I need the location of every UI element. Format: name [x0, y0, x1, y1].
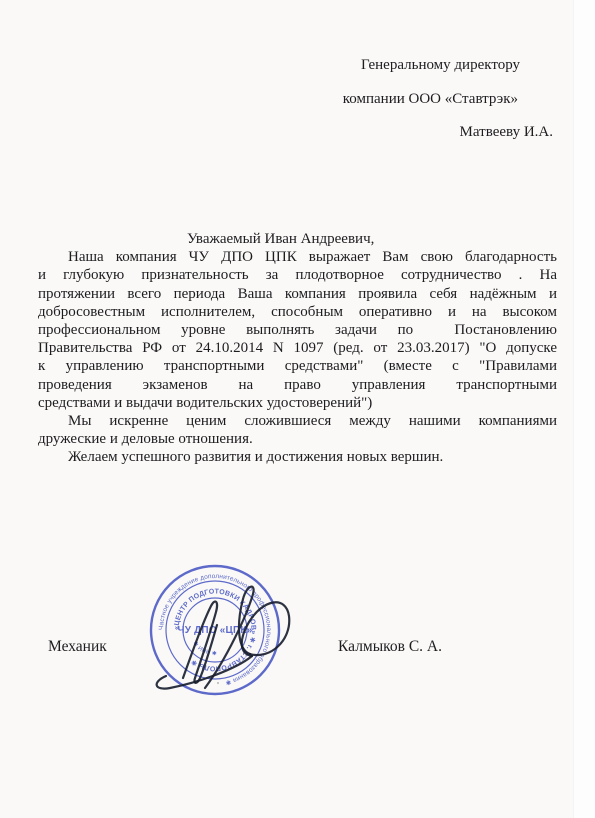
body-line: Мы искренне ценим сложившиеся между наши… — [38, 412, 557, 430]
scan-speck — [217, 682, 219, 684]
signature-row: Механик Калмыков С. А. — [38, 638, 557, 656]
sender-name: Калмыков С. А. — [338, 638, 442, 656]
body-line: Правительства РФ от 24.10.2014 N 1097 (р… — [38, 339, 557, 357]
recipient-line: компании ООО «Ставтрэк» — [343, 90, 553, 108]
body-paragraphs: Наша компания ЧУ ДПО ЦПК выражает Вам св… — [38, 248, 557, 466]
round-stamp: Частное учреждение дополнительного профе… — [143, 556, 307, 706]
letter-body: Уважаемый Иван Андреевич, Наша компания … — [38, 230, 557, 467]
body-line: проведения экзаменов на право управления… — [38, 376, 557, 394]
body-line: добросовестным исполнителем, способным о… — [38, 303, 557, 321]
body-line: Желаем успешного развития и достижения н… — [38, 448, 557, 466]
body-line: средствами и выдачи водительских удостов… — [38, 394, 557, 412]
body-line: профессиональном уровне выполнять задачи… — [38, 321, 557, 339]
stamp-and-signature: Частное учреждение дополнительного профе… — [143, 556, 307, 706]
sender-position: Механик — [48, 638, 107, 656]
scan-edge-artifact — [573, 0, 595, 818]
body-line: к управлению транспортными средствами" (… — [38, 357, 557, 375]
salutation: Уважаемый Иван Андреевич, — [38, 230, 557, 248]
body-line: Наша компания ЧУ ДПО ЦПК выражает Вам св… — [38, 248, 557, 266]
body-line: и глубокую признательность за плодотворн… — [38, 266, 557, 284]
letter-page: Генеральному директору компании ООО «Ста… — [0, 0, 595, 818]
recipient-block: Генеральному директору компании ООО «Ста… — [343, 56, 553, 157]
recipient-line: Матвееву И.А. — [343, 123, 553, 141]
body-line: протяжении всего периода Ваша компания п… — [38, 285, 557, 303]
recipient-line: Генеральному директору — [343, 56, 553, 74]
body-line: дружеские и деловые отношения. — [38, 430, 557, 448]
